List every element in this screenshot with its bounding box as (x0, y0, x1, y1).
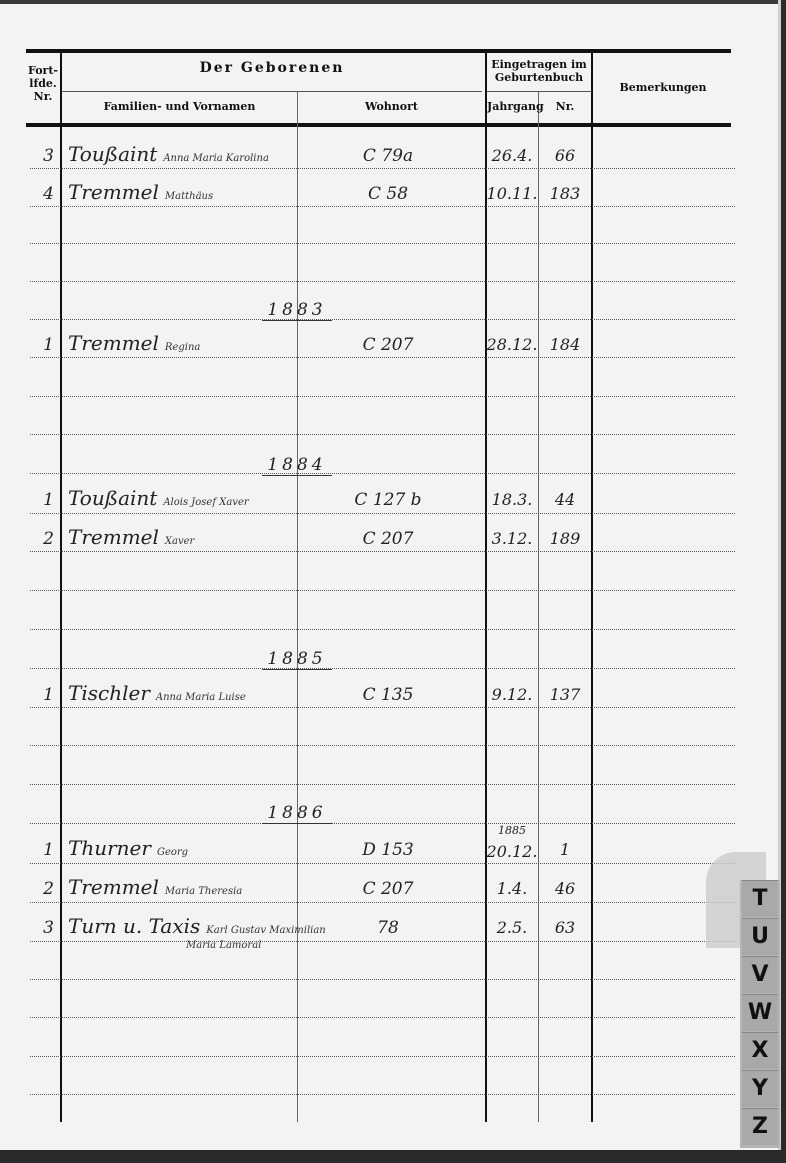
entry-name: TischlerAnna Maria Luise (68, 681, 246, 705)
entry-residence: C 207 (298, 879, 478, 899)
entry-given-names: Alois Josef Xaver (163, 497, 248, 508)
entry-name: TremmelXaver (68, 525, 194, 549)
entry-register-nr: 44 (539, 490, 591, 509)
row-rule (30, 979, 735, 980)
row-rule (30, 1094, 735, 1095)
entry-surname: Tremmel (68, 875, 159, 899)
section-year: 1886 (262, 803, 332, 824)
index-tab-u[interactable]: U (742, 918, 778, 955)
entry-residence: C 207 (298, 335, 478, 355)
column-divider-nr (538, 91, 539, 1122)
entry-number: 2 (28, 879, 54, 899)
column-divider-residence (297, 91, 298, 1122)
row-rule (30, 243, 735, 244)
entry-register-nr: 66 (539, 146, 591, 165)
entry-date: 1.4. (486, 879, 538, 898)
row-rule (30, 396, 735, 397)
row-rule (30, 745, 735, 746)
entry-name: TremmelMatthäus (68, 180, 213, 204)
alphabet-index-tabs: T U V W X Y Z (740, 880, 780, 1148)
header-sub-rule-right (487, 91, 591, 92)
entry-number: 1 (28, 685, 54, 705)
entry-given-names: Matthäus (165, 191, 213, 202)
entry-residence: C 127 b (298, 490, 478, 510)
row-rule (30, 902, 735, 903)
entry-number: 2 (28, 529, 54, 549)
entry-name: ToußaintAnna Maria Karolina (68, 142, 269, 166)
row-rule (30, 434, 735, 435)
entry-number: 1 (28, 840, 54, 860)
index-tab-w[interactable]: W (742, 994, 778, 1031)
entry-register-nr: 184 (539, 335, 591, 354)
entry-name: ToußaintAlois Josef Xaver (68, 486, 249, 510)
entry-residence: C 135 (298, 685, 478, 705)
row-rule (30, 1056, 735, 1057)
row-rule (30, 823, 735, 824)
row-rule (30, 473, 735, 474)
entry-surname: Toußaint (68, 142, 157, 166)
entry-number: 1 (28, 335, 54, 355)
index-tab-v[interactable]: V (742, 956, 778, 993)
entry-date: 18.3. (486, 490, 538, 509)
entry-residence: C 58 (298, 184, 478, 204)
entry-residence: 78 (298, 918, 478, 938)
entry-register-nr: 189 (539, 529, 591, 548)
index-tab-x[interactable]: X (742, 1032, 778, 1069)
entry-date: 9.12. (486, 685, 538, 704)
entry-date: 2.5. (486, 918, 538, 937)
entry-date: 3.12. (486, 529, 538, 548)
entry-surname: Turn u. Taxis (68, 914, 200, 938)
header-residence: Wohnort (298, 100, 485, 113)
row-rule (30, 513, 735, 514)
row-rule (30, 784, 735, 785)
row-rule (30, 941, 735, 942)
entry-surname: Tremmel (68, 180, 159, 204)
entry-name: ThurnerGeorg (68, 836, 188, 860)
index-tab-z[interactable]: Z (742, 1108, 778, 1145)
entry-surname: Tremmel (68, 525, 159, 549)
row-rule (30, 629, 735, 630)
row-rule (30, 863, 735, 864)
entry-register-nr: 183 (539, 184, 591, 203)
entry-residence: D 153 (298, 840, 478, 860)
row-rule (30, 281, 735, 282)
column-divider-remarks (591, 49, 593, 1122)
section-year: 1884 (262, 455, 332, 476)
entry-date: 10.11. (486, 184, 538, 203)
header-bottom-rule (26, 123, 731, 127)
header-group-born: Der Geborenen (62, 62, 482, 75)
row-rule (30, 319, 735, 320)
entry-residence: C 207 (298, 529, 478, 549)
row-rule (30, 551, 735, 552)
entry-residence: C 79a (298, 146, 478, 166)
entry-register-nr: 1 (539, 840, 591, 859)
entry-register-nr: 137 (539, 685, 591, 704)
row-rule (30, 707, 735, 708)
header-top-rule (26, 49, 731, 53)
section-year: 1883 (262, 300, 332, 321)
entry-number: 1 (28, 490, 54, 510)
entry-surname: Tremmel (68, 331, 159, 355)
row-rule (30, 206, 735, 207)
header-nr: Nr. (539, 100, 591, 113)
row-rule (30, 1017, 735, 1018)
entry-surname: Tischler (68, 681, 150, 705)
section-year: 1885 (262, 649, 332, 670)
entry-number: 3 (28, 918, 54, 938)
entry-name: Turn u. TaxisKarl Gustav Maximilian (68, 914, 326, 938)
row-rule (30, 357, 735, 358)
entry-name: TremmelMaria Theresia (68, 875, 242, 899)
column-divider-register (485, 49, 487, 1122)
entry-given-names: Regina (165, 342, 200, 353)
entry-number: 3 (28, 146, 54, 166)
entry-register-nr: 46 (539, 879, 591, 898)
entry-given-names: Georg (157, 847, 188, 858)
header-year: Jahrgang (487, 100, 538, 113)
header-names: Familien- und Vornamen (62, 100, 297, 113)
row-rule (30, 590, 735, 591)
entry-date: 26.4. (486, 146, 538, 165)
entry-surname: Toußaint (68, 486, 157, 510)
entry-given-names: Maria Theresia (165, 886, 242, 897)
entry-number: 4 (28, 184, 54, 204)
entry-given-names: Anna Maria Karolina (163, 153, 269, 164)
entry-name: TremmelRegina (68, 331, 200, 355)
header-sub-rule-left (62, 91, 482, 92)
entry-register-nr: 63 (539, 918, 591, 937)
column-divider-number (60, 49, 62, 1122)
index-tab-t[interactable]: T (742, 880, 778, 917)
entry-date-year: 1885 (486, 824, 538, 837)
entry-given-names: Anna Maria Luise (156, 692, 246, 703)
entry-date: 20.12. (486, 842, 538, 861)
entry-given-names-continued: Maria Lamoral (186, 940, 261, 951)
header-group-register: Eingetragen im Geburtenbuch (487, 58, 591, 84)
header-number: Fort- lfde. Nr. (26, 64, 60, 103)
header-remarks: Bemerkungen (593, 81, 733, 94)
index-tab-y[interactable]: Y (742, 1070, 778, 1107)
row-rule (30, 168, 735, 169)
entry-surname: Thurner (68, 836, 151, 860)
row-rule (30, 668, 735, 669)
register-page: Fort- lfde. Nr. Der Geborenen Familien- … (0, 0, 781, 1150)
entry-date: 28.12. (486, 335, 538, 354)
entry-given-names: Xaver (165, 536, 194, 547)
